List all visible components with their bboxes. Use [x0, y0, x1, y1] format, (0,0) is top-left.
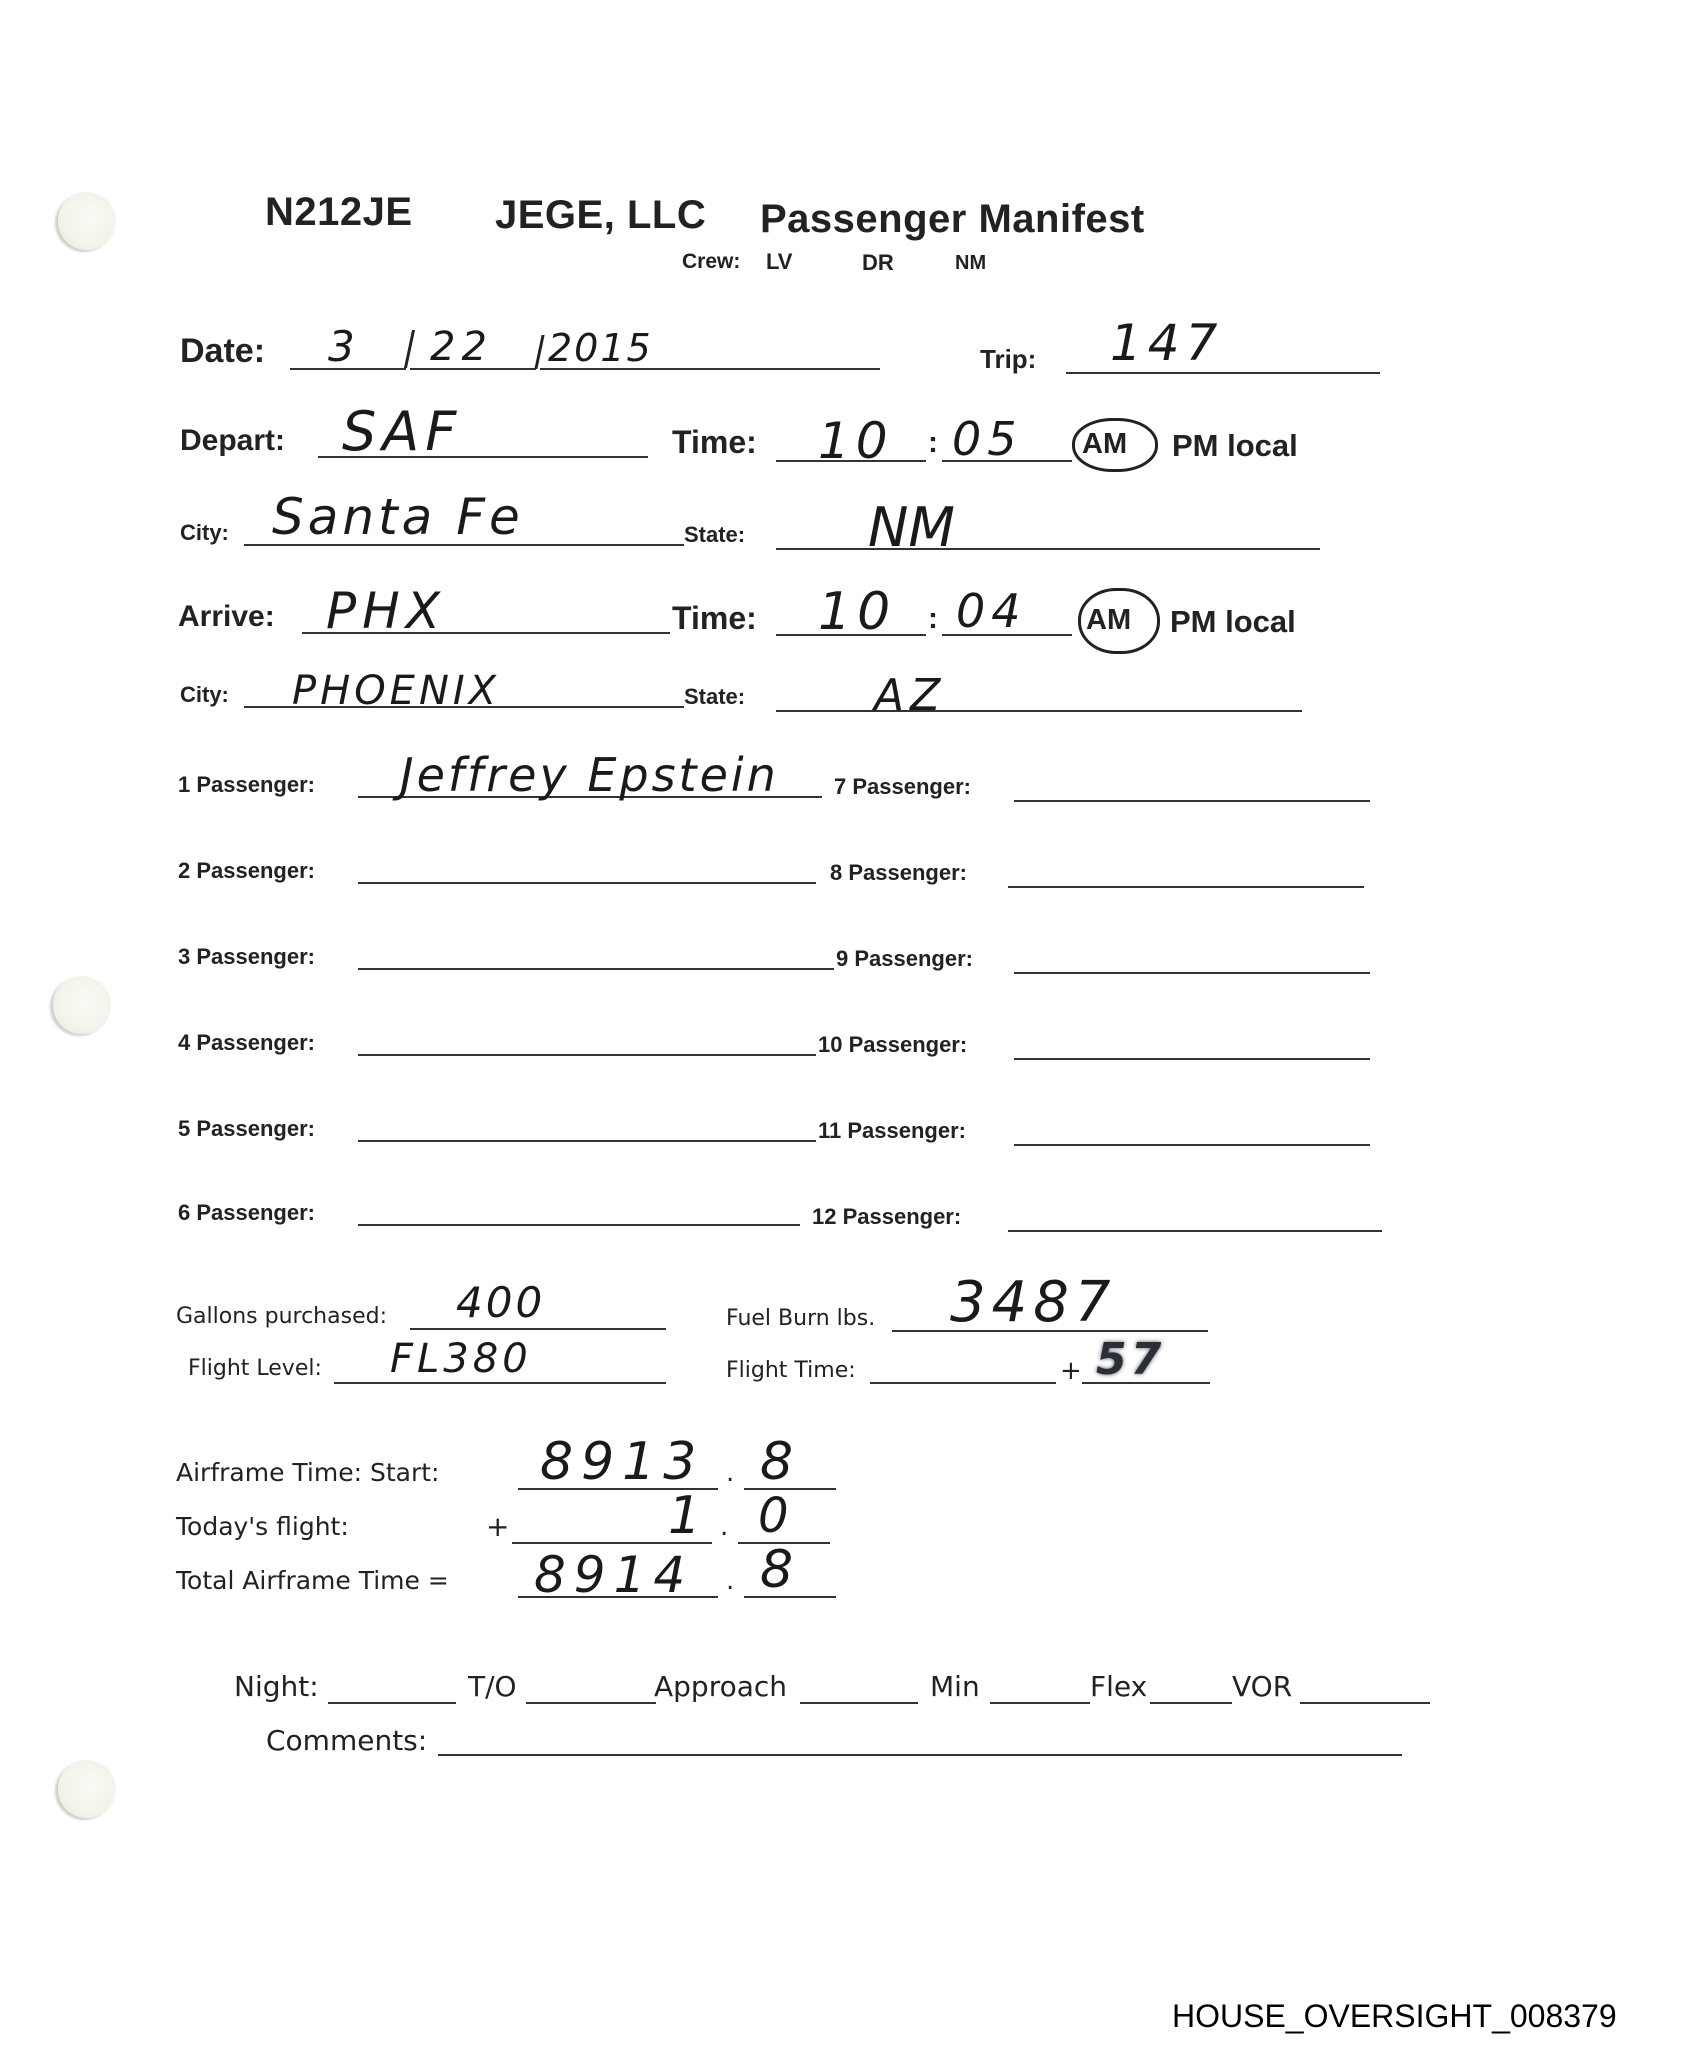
crew-member-3: NM: [955, 252, 986, 275]
depart-airport-value[interactable]: SAF: [342, 400, 462, 463]
vor-label: VOR: [1232, 1670, 1292, 1703]
passenger-1-label: 1 Passenger:: [178, 772, 315, 798]
arrive-time-label: Time:: [672, 600, 757, 637]
min-line[interactable]: [990, 1702, 1090, 1704]
hole-punch-middle: [53, 976, 111, 1034]
arrive-hour-value[interactable]: 10: [818, 582, 896, 642]
arrive-state-label: State:: [684, 684, 745, 710]
approach-label: Approach: [654, 1670, 787, 1703]
hole-punch-bottom: [58, 1760, 116, 1818]
flight-time-label: Flight Time:: [726, 1358, 856, 1383]
depart-am-selected-circle: [1072, 418, 1158, 472]
date-month-value[interactable]: 3: [328, 322, 361, 371]
arrive-am-selected-circle: [1078, 588, 1160, 654]
passenger-8-line[interactable]: [1008, 886, 1364, 888]
todays-flight-plus: +: [486, 1510, 509, 1543]
depart-hour-value[interactable]: 10: [818, 412, 894, 470]
date-separator-1: [404, 330, 415, 368]
depart-label: Depart:: [180, 424, 285, 458]
passenger-3-line[interactable]: [358, 968, 834, 970]
todays-flight-dot: .: [720, 1512, 728, 1542]
passenger-6-line[interactable]: [358, 1224, 800, 1226]
airframe-start-dot: .: [726, 1458, 734, 1488]
passenger-5-line[interactable]: [358, 1140, 816, 1142]
approach-line[interactable]: [800, 1702, 918, 1704]
passenger-4-label: 4 Passenger:: [178, 1030, 315, 1056]
passenger-9-line[interactable]: [1014, 972, 1370, 974]
arrive-minute-value[interactable]: 04: [956, 584, 1027, 638]
total-airframe-dot: .: [726, 1566, 734, 1596]
todays-flight-whole-value[interactable]: 1: [668, 1486, 707, 1546]
night-label: Night:: [234, 1670, 319, 1703]
gallons-purchased-line[interactable]: [410, 1328, 666, 1330]
arrive-city-value[interactable]: PHOENIX: [292, 668, 500, 714]
comments-line[interactable]: [438, 1754, 1402, 1756]
comments-label: Comments:: [266, 1724, 427, 1757]
night-line[interactable]: [328, 1702, 456, 1704]
min-label: Min: [930, 1670, 980, 1703]
airframe-start-whole-value[interactable]: 8913: [540, 1432, 704, 1492]
passenger-1-value[interactable]: Jeffrey Epstein: [400, 748, 779, 802]
depart-state-line[interactable]: [776, 548, 1320, 550]
passenger-11-line[interactable]: [1014, 1144, 1370, 1146]
todays-flight-label: Today's flight:: [176, 1512, 349, 1541]
depart-city-label: City:: [180, 520, 229, 546]
passenger-7-line[interactable]: [1014, 800, 1370, 802]
flight-level-value[interactable]: FL380: [390, 1336, 532, 1382]
vor-line[interactable]: [1300, 1702, 1430, 1704]
passenger-11-label: 11 Passenger:: [818, 1118, 966, 1144]
passenger-12-label: 12 Passenger:: [812, 1204, 961, 1230]
date-separator-2: [534, 335, 544, 369]
company-name: JEGE, LLC: [495, 193, 706, 238]
fuel-burn-label: Fuel Burn lbs.: [726, 1306, 875, 1331]
flight-level-line[interactable]: [334, 1382, 666, 1384]
trip-value[interactable]: 147: [1110, 314, 1223, 372]
date-label: Date:: [180, 332, 265, 371]
passenger-12-line[interactable]: [1008, 1230, 1382, 1232]
depart-city-value[interactable]: Santa Fe: [272, 488, 524, 546]
total-airframe-whole-value[interactable]: 8914: [534, 1546, 693, 1604]
total-airframe-label: Total Airframe Time =: [176, 1566, 449, 1595]
depart-time-label: Time:: [672, 424, 757, 461]
date-day-value[interactable]: 22: [430, 324, 493, 370]
passenger-4-line[interactable]: [358, 1054, 816, 1056]
total-airframe-tenth-value[interactable]: 8: [760, 1540, 799, 1600]
passenger-7-label: 7 Passenger:: [834, 774, 971, 800]
form-title: Passenger Manifest: [760, 197, 1145, 242]
gallons-purchased-value[interactable]: 400: [456, 1278, 545, 1327]
passenger-6-label: 6 Passenger:: [178, 1200, 315, 1226]
fuel-burn-value[interactable]: 3487: [950, 1270, 1117, 1335]
crew-label: Crew:: [682, 250, 740, 274]
depart-pm-option[interactable]: PM local: [1172, 428, 1298, 464]
flight-time-minutes-value[interactable]: 57: [1096, 1334, 1165, 1385]
arrive-state-value[interactable]: AZ: [874, 670, 946, 721]
flight-time-plus: +: [1060, 1356, 1082, 1386]
passenger-2-line[interactable]: [358, 882, 816, 884]
trip-line[interactable]: [1066, 372, 1380, 374]
depart-state-label: State:: [684, 522, 745, 548]
passenger-10-line[interactable]: [1014, 1058, 1370, 1060]
takeoff-label: T/O: [468, 1670, 517, 1703]
airframe-start-tenth-value[interactable]: 8: [760, 1432, 799, 1492]
passenger-3-label: 3 Passenger:: [178, 944, 315, 970]
crew-member-2: DR: [862, 250, 894, 276]
crew-member-1: LV: [766, 249, 792, 275]
arrive-state-line[interactable]: [776, 710, 1302, 712]
hole-punch-top: [58, 192, 116, 250]
bates-number: HOUSE_OVERSIGHT_008379: [1172, 1998, 1617, 2035]
arrive-label: Arrive:: [178, 600, 275, 634]
depart-minute-value[interactable]: 05: [952, 412, 1023, 466]
flex-line[interactable]: [1150, 1702, 1232, 1704]
tail-number: N212JE: [265, 190, 413, 235]
trip-label: Trip:: [980, 344, 1036, 375]
gallons-purchased-label: Gallons purchased:: [176, 1304, 387, 1329]
arrive-time-colon: :: [928, 602, 938, 636]
passenger-9-label: 9 Passenger:: [836, 946, 973, 972]
flex-label: Flex: [1090, 1670, 1147, 1703]
arrive-pm-option[interactable]: PM local: [1170, 604, 1296, 640]
arrive-city-label: City:: [180, 682, 229, 708]
airframe-start-label: Airframe Time: Start:: [176, 1458, 439, 1487]
depart-state-value[interactable]: NM: [868, 496, 955, 559]
flight-time-hours-line[interactable]: [870, 1382, 1056, 1384]
passenger-5-label: 5 Passenger:: [178, 1116, 315, 1142]
flight-level-label: Flight Level:: [188, 1356, 322, 1381]
passenger-8-label: 8 Passenger:: [830, 860, 967, 886]
date-year-value[interactable]: 2015: [548, 326, 653, 370]
passenger-2-label: 2 Passenger:: [178, 858, 315, 884]
todays-flight-tenth-value[interactable]: 0: [758, 1488, 795, 1544]
arrive-airport-value[interactable]: PHX: [326, 582, 446, 640]
depart-time-colon: :: [928, 426, 938, 460]
passenger-10-label: 10 Passenger:: [818, 1032, 967, 1058]
takeoff-line[interactable]: [526, 1702, 656, 1704]
